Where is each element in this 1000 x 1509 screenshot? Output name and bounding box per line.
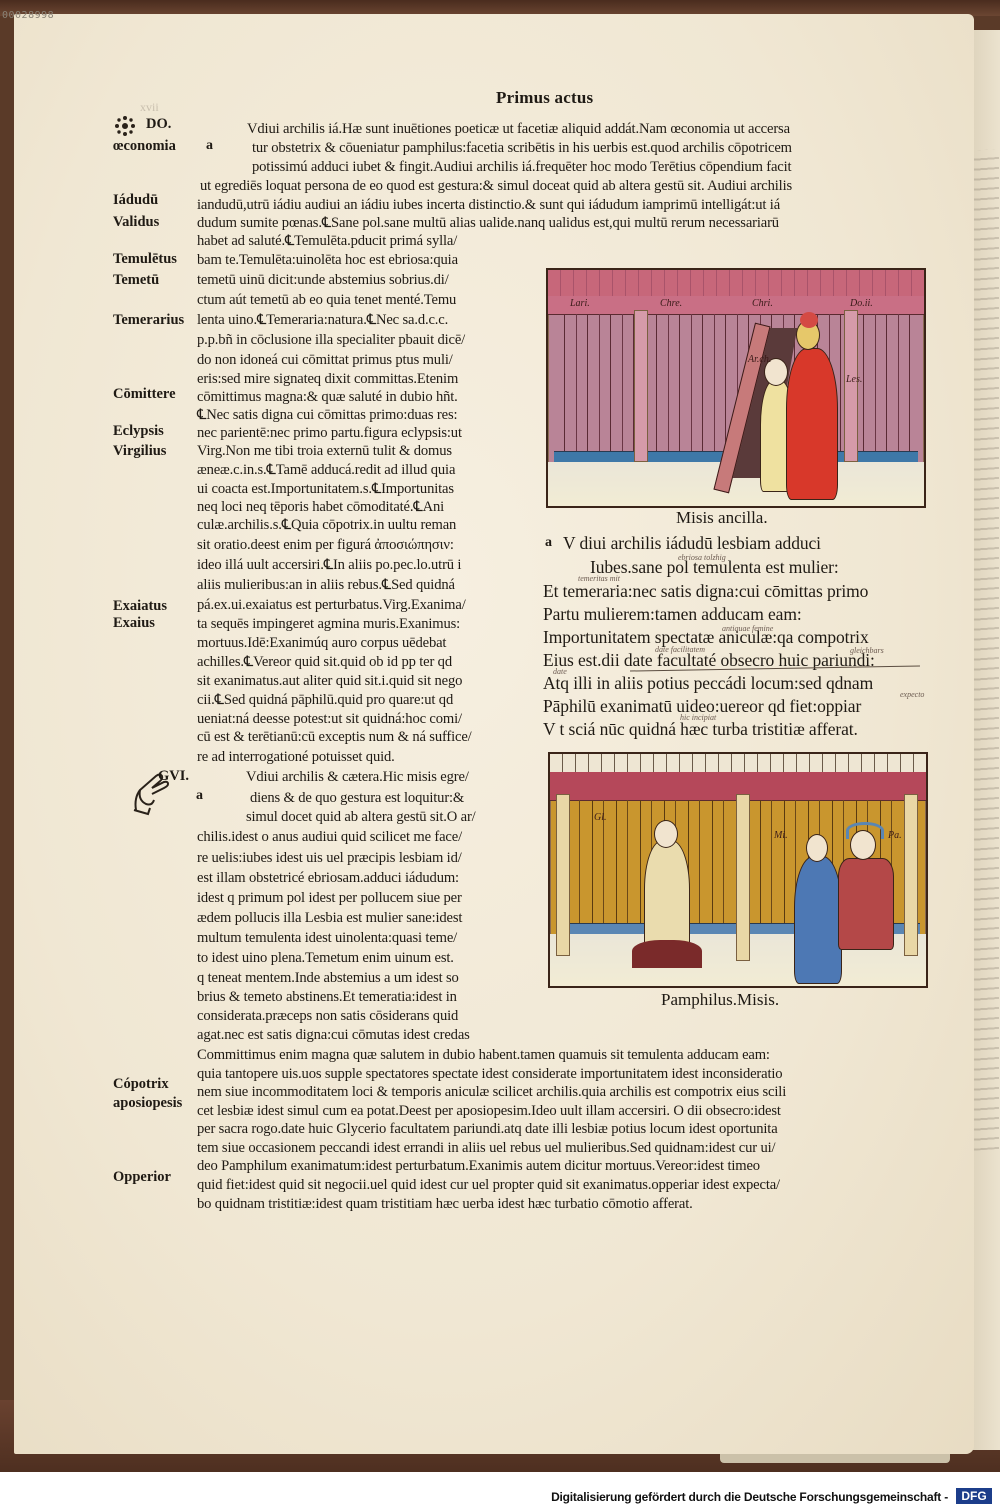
commentary-line: cii.℄Sed quidná pāphilū.quid pro quare:u… xyxy=(197,691,453,709)
commentary-line: nem siue incommoditatem loci & temporis … xyxy=(197,1083,786,1101)
illustration-caption: Pamphilus.Misis. xyxy=(661,990,779,1010)
commentary-line: idest q primum pol idest per pollucem si… xyxy=(197,889,462,907)
commentary-line: chilis.idest o anus audiui quid scilicet… xyxy=(197,828,462,846)
commentary-line: culæ.archilis.s.℄Quia cōpotrix.in uultu … xyxy=(197,516,456,534)
commentary-line: quid fiet:idest quid sit negocii.uel qui… xyxy=(197,1176,780,1194)
pillar xyxy=(844,310,858,462)
margin-gloss: Exaiatus xyxy=(113,597,167,615)
margin-gloss: Cōmittere xyxy=(113,385,176,403)
commentary-line: temetū uinū dicit:unde abstemius sobrius… xyxy=(197,271,449,289)
commentary-line: dudum sumite pœnas.℄Sane pol.sane multū … xyxy=(197,214,779,232)
margin-gloss: Temerarius xyxy=(113,311,184,329)
pillar xyxy=(904,794,918,956)
margin-gloss: aposiopesis xyxy=(113,1094,182,1112)
commentary-line: brius & temeto abstinens.Et temeratia:id… xyxy=(197,988,457,1006)
figure-label: Gl. xyxy=(594,812,607,823)
figure-label: Les. xyxy=(846,374,862,385)
frieze-label: Chri. xyxy=(752,298,773,309)
figure-misis xyxy=(794,856,842,984)
commentary-line: to idest uino plena.Temetum enim uinum e… xyxy=(197,949,454,967)
commentary-line: cū est & terētianū:cū exceptis num & ná … xyxy=(197,728,472,746)
commentary-line: do non idoneá cui cōmittat primus ptus m… xyxy=(197,351,453,369)
commentary-line: bo quidnam tristitiæ:idest quam tristiti… xyxy=(197,1195,693,1213)
commentary-line: neq loci neq tēporis habet cōmoditaté.℄A… xyxy=(197,498,444,516)
handwritten-annotation: gleichbars xyxy=(850,646,884,655)
commentary-line: pá.ex.ui.exaiatus est perturbatus.Virg.E… xyxy=(197,596,466,614)
margin-gloss: Temetū xyxy=(113,271,159,289)
commentary-line: deo Pamphilum exanimatum:idest perturbat… xyxy=(197,1157,760,1175)
pillar xyxy=(556,794,570,956)
verse-line: Importunitatem spectatæ aniculæ:qa compo… xyxy=(543,626,869,648)
commentary-line: eris:sed mire signateq dixit committas.E… xyxy=(197,370,458,388)
figure-label: Pa. xyxy=(888,830,902,841)
commentary-line: iandudū,utrū iádiu audiui an iádiu iubes… xyxy=(197,196,780,214)
commentary-line: ta sequēs impingeret agmina muris.Exanim… xyxy=(197,615,460,633)
commentary-line: Virg.Non me tibi troia externū tulit & d… xyxy=(197,442,452,460)
figure-head xyxy=(654,820,678,848)
commentary-line: ctum aút temetū ab eo quia tenet menté.T… xyxy=(197,291,456,309)
verse-line: Partu mulierem:tamen adducam eam: xyxy=(543,603,802,625)
folio-number-showthrough: xvii xyxy=(140,100,159,115)
commentary-line: nec parientē:nec primo partu.figura ecly… xyxy=(197,424,462,442)
commentary-line: bam te.Temulēta:uinolēta hoc est ebriosa… xyxy=(197,251,458,269)
commentary-line: ℄Nec satis digna cui cōmittas primo:duas… xyxy=(197,406,457,424)
commentary-line: habet ad saluté.℄Temulēta.pducit primá s… xyxy=(197,232,457,250)
handwritten-annotation: temeritas mit xyxy=(578,574,620,583)
verse-line: Atq illi in aliis potius peccádi locum:s… xyxy=(543,672,873,694)
commentary-line: q teneat mentem.Inde abstemius a um ides… xyxy=(197,969,459,987)
commentary-line: achilles.℄Vereor quid sit.quid ob id pp … xyxy=(197,653,452,671)
commentary-line: Vdiui archilis & cætera.Hic misis egre/ xyxy=(246,768,469,786)
handwritten-annotation: date xyxy=(553,667,567,676)
funding-credit: Digitalisierung gefördert durch die Deut… xyxy=(551,1490,948,1504)
margin-gloss: Opperior xyxy=(113,1168,171,1186)
handwritten-annotation: hic incipiat xyxy=(680,713,716,722)
margin-gloss: œconomia xyxy=(113,137,176,155)
pillar xyxy=(736,794,750,961)
commentary-line: p.p.bñ in cōclusione illa specialiter pb… xyxy=(197,331,465,349)
woodcut-illustration-pamphilus-misis: Gl. Mi. Pa. xyxy=(548,752,928,988)
margin-gloss: Iádudū xyxy=(113,191,158,209)
commentary-line: potissimú adduci iubet & fingit.Audiui a… xyxy=(252,158,791,176)
line-marker: a xyxy=(196,788,203,804)
commentary-line: ueniat:ná deesse potest:ut sit quidná:ho… xyxy=(197,710,462,728)
commentary-line: ideo illá uult accersiri.℄In aliis po.pe… xyxy=(197,556,461,574)
figure-label: Mi. xyxy=(774,830,788,841)
commentary-line: diens & de quo gestura est loquitur:& xyxy=(250,789,464,807)
commentary-line: ui coacta est.Importunitatem.s.℄Importun… xyxy=(197,480,454,498)
commentary-line: quia tantopere uis.uos supple spectatore… xyxy=(197,1065,782,1083)
commentary-line: ut egrediēs loquat persona de eo quod es… xyxy=(200,177,792,195)
arcade-ornament xyxy=(548,270,924,298)
margin-gloss: GVI. xyxy=(158,767,189,785)
shelfmark: 00028998 xyxy=(2,10,54,21)
commentary-line: re ad interrogationé potuisset quid. xyxy=(197,748,395,766)
commentary-line: per sacra rogo.date huic Glycerio facult… xyxy=(197,1120,778,1138)
margin-gloss: DO. xyxy=(146,115,171,133)
handwritten-annotation: date facilitatem xyxy=(655,645,705,654)
figure-lesbia xyxy=(786,348,838,500)
fleuron-icon xyxy=(114,115,136,137)
commentary-line: re uelis:iubes idest uis uel præcipis le… xyxy=(197,849,462,867)
commentary-line: multum temulenta idest uinolenta:quasi t… xyxy=(197,929,457,947)
figure-cap xyxy=(846,822,884,839)
commentary-line: sit oratio.deest enim per figurá ἀποσιώπ… xyxy=(197,536,454,554)
frieze-label: Lari. xyxy=(570,298,590,309)
commentary-line: tem siue occasionem peccandi idest erran… xyxy=(197,1139,775,1157)
figure-head xyxy=(806,834,828,862)
commentary-line: æneæ.c.in.s.℄Tamē adducá.redit ad illud … xyxy=(197,461,455,479)
commentary-line: sit exanimatus.aut aliter quid sit.i.qui… xyxy=(197,672,462,690)
margin-gloss: Virgilius xyxy=(113,442,166,460)
commentary-line: cōmittimus magna:& quæ saluté in dubio h… xyxy=(197,388,458,406)
margin-gloss: Exaius xyxy=(113,614,155,632)
verse-line: V diui archilis iádudū lesbiam adduci xyxy=(563,532,821,554)
commentary-line: simul docet quid ab altera gestū sit.O a… xyxy=(246,808,476,826)
commentary-line: aliis mulieribus:an in aliis rebus.℄Sed … xyxy=(197,576,455,594)
line-marker: a xyxy=(206,138,213,154)
arcade-ornament xyxy=(550,754,926,774)
commentary-line: Vdiui archilis iá.Hæ sunt inuētiones poe… xyxy=(247,120,790,138)
commentary-line: Committimus enim magna quæ salutem in du… xyxy=(197,1046,770,1064)
handwritten-annotation: ebriosa tolzhig xyxy=(678,553,726,562)
margin-gloss: Cópotrix xyxy=(113,1075,169,1093)
figure-hat xyxy=(800,312,818,328)
commentary-line: cet lesbiæ idest simul cum ea potat.Dees… xyxy=(197,1102,781,1120)
woodcut-illustration-misis-ancilla: Lari. Chre. Chri. Do.ii. Ar.ch. Les. xyxy=(546,268,926,508)
handwritten-annotation: expecto xyxy=(900,690,924,699)
line-marker: a xyxy=(545,535,552,551)
commentary-line: ædem pollucis illa Lesbia est mulier san… xyxy=(197,909,462,927)
figure-label: Ar.ch. xyxy=(748,354,771,365)
illustration-caption: Misis ancilla. xyxy=(676,508,768,528)
commentary-line: lenta uino.℄Temeraria:natura.℄Nec sa.d.c… xyxy=(197,311,448,329)
commentary-line: est illam obstetricé ebriosam.adduci iád… xyxy=(197,869,459,887)
margin-gloss: Validus xyxy=(113,213,159,231)
commentary-line: agat.nec est satis digna:cui cōmutas ide… xyxy=(197,1026,470,1044)
frieze: Lari. Chre. Chri. Do.ii. xyxy=(548,296,924,315)
margin-gloss: Temulētus xyxy=(113,250,177,268)
handwritten-annotation: antiquae femine xyxy=(722,624,773,633)
frieze-label: Chre. xyxy=(660,298,682,309)
commentary-line: tur obstetrix & cōueniatur pamphilus:fac… xyxy=(252,139,792,157)
pillar xyxy=(634,310,648,462)
commentary-line: mortuus.Idē:Exanimúq auro corpus uēdebat xyxy=(197,634,446,652)
verse-line: Et temeraria:nec satis digna:cui cōmitta… xyxy=(543,580,868,602)
dfg-logo: DFG xyxy=(956,1488,992,1504)
figure-robe-hem xyxy=(632,940,702,968)
margin-gloss: Eclypsis xyxy=(113,422,164,440)
running-head: Primus actus xyxy=(496,88,593,108)
figure-pamphilus xyxy=(838,858,894,950)
commentary-line: considerata.præceps non satis cōsiderans… xyxy=(197,1007,458,1025)
frieze-label: Do.ii. xyxy=(850,298,873,309)
